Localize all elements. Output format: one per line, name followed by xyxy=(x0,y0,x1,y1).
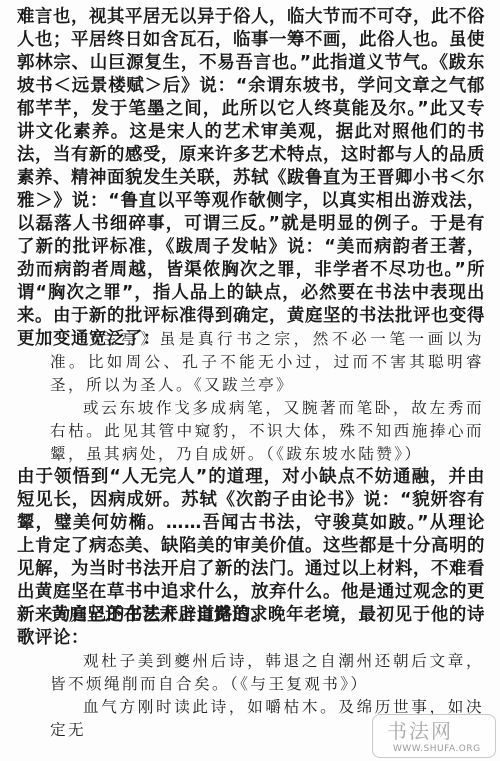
quote-wang-fuguan: 观杜子美到夔州后诗，韩退之自潮州还朝后文章，皆不烦绳削而自合矣。（《与王复观书》… xyxy=(50,650,484,696)
paragraph-body-1: 难言也，视其平居无以异于俗人，临大节而不可夺，此不俗人也；平居终日如含瓦石，临事… xyxy=(17,6,485,351)
paragraph-body-3: 黄庭坚还在艺术上自觉追求晚年老境，最初见于他的诗歌评论： xyxy=(17,604,485,650)
watermark-logo-icon: 书法网 xyxy=(387,715,453,744)
watermark-url: WWW.SHUFA.ORG xyxy=(393,744,481,754)
site-watermark: 书法网 WWW.SHUFA.ORG xyxy=(372,714,496,758)
quote-lanting: 《兰亭》虽是真行书之宗，然不必一笔一画以为准。比如周公、孔子不能无小过，过而不害… xyxy=(50,328,484,397)
scanned-book-page: 难言也，视其平居无以异于俗人，临大节而不可夺，此不俗人也；平居终日如含瓦石，临事… xyxy=(0,0,500,761)
quote-dongpo-shuilu: 或云东坡作戈多成病笔，又腕著而笔卧，故左秀而右枯。此见其管中窥豹，不识大体，殊不… xyxy=(50,397,484,466)
paragraph-body-2: 由于领悟到“人无完人”的道理，对小缺点不妨通融，并由短见长，因病成妍。苏轼《次韵… xyxy=(17,466,485,627)
